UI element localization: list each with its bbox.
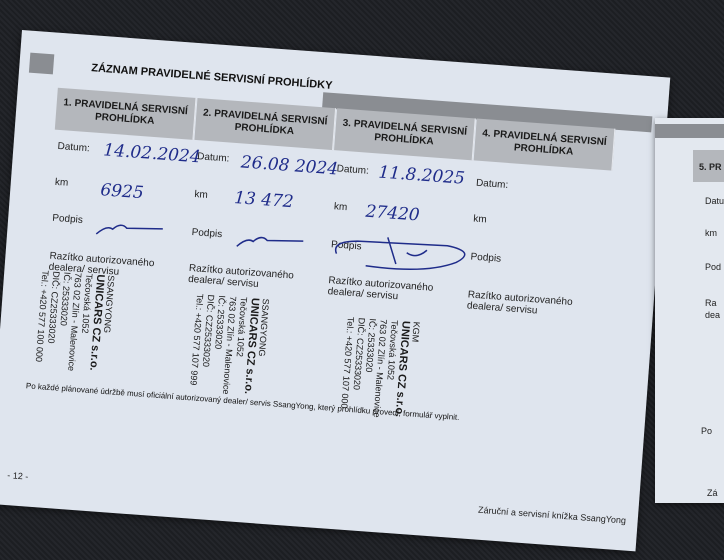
signature-3 <box>325 223 488 285</box>
right-title-bar <box>655 124 724 138</box>
signature-1 <box>92 216 173 244</box>
right-datum-label: Datum <box>705 196 724 206</box>
km-label-2: km <box>194 189 208 201</box>
right-podpis-label: Pod <box>705 262 721 272</box>
book-title: Záruční a servisní knížka SsangYong <box>478 505 627 526</box>
page-number: - 12 - <box>7 470 29 482</box>
podpis-label-2: Podpis <box>191 227 222 240</box>
km-label-1: km <box>55 177 69 189</box>
dealer-stamp-2: SSANGYONG UNICARS CZ s.r.o. Tečovská 105… <box>187 293 271 397</box>
datum-label-1: Datum: <box>57 141 90 154</box>
service-book-left-page: ZÁZNAM PRAVIDELNÉ SERVISNÍ PROHLÍDKY 1. … <box>0 30 670 551</box>
podpis-label-1: Podpis <box>52 213 83 226</box>
stamp-label-2: Razítko autorizovaného dealera/ servisu <box>188 263 299 293</box>
service-book-right-page: 5. PR Datum km Pod Ra dea Po Zá <box>655 118 724 503</box>
km-label-4: km <box>473 214 487 226</box>
datum-value-2: 26.08 2024 <box>240 152 339 179</box>
right-book-title: Zá <box>707 488 718 498</box>
km-value-2: 13 472 <box>234 188 295 212</box>
page-title: ZÁZNAM PRAVIDELNÉ SERVISNÍ PROHLÍDKY <box>91 62 333 92</box>
column-header-3: 3. PRAVIDELNÁ SERVISNÍ PROHLÍDKA <box>334 108 476 160</box>
right-km-label: km <box>705 228 717 238</box>
right-footer-note: Po <box>701 426 712 436</box>
signature-2 <box>232 228 313 256</box>
column-header-4: 4. PRAVIDELNÁ SERVISNÍ PROHLÍDKA <box>474 119 616 171</box>
column-header-2: 2. PRAVIDELNÁ SERVISNÍ PROHLÍDKA <box>194 98 336 150</box>
podpis-label-4: Podpis <box>470 251 501 264</box>
column-header-1: 1. PRAVIDELNÁ SERVISNÍ PROHLÍDKA <box>55 88 197 140</box>
km-value-1: 6925 <box>100 180 145 203</box>
datum-label-2: Datum: <box>197 151 230 164</box>
right-stamp-label-2: dea <box>705 310 720 320</box>
right-stamp-label-1: Ra <box>705 298 717 308</box>
dealer-stamp-1: SSANGYONG UNICARS CZ s.r.o. Tečovská 105… <box>32 270 116 374</box>
km-label-3: km <box>333 201 347 213</box>
title-bar-left <box>29 53 54 75</box>
right-column-header: 5. PR <box>693 150 724 182</box>
datum-label-3: Datum: <box>336 163 369 176</box>
stamp-label-4: Razítko autorizovaného dealera/ servisu <box>467 289 578 319</box>
datum-value-1: 14.02.2024 <box>103 140 202 167</box>
km-value-3: 27420 <box>365 202 420 226</box>
datum-label-4: Datum: <box>476 178 509 191</box>
datum-value-3: 11.8.2025 <box>378 163 466 189</box>
